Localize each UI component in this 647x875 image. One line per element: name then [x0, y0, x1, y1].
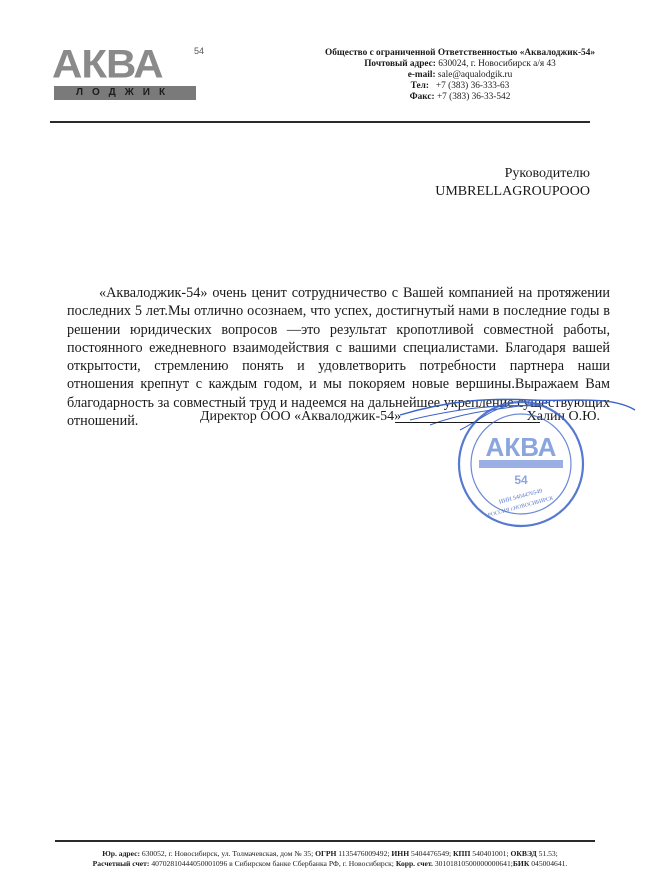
addressee: Руководителю UMBRELLAGROUPOOO	[435, 165, 590, 201]
footer-line-legal: Юр. адрес: 630052, г. Новосибирск, ул. Т…	[50, 849, 610, 859]
addressee-company: UMBRELLAGROUPOOO	[435, 183, 590, 201]
postal-address: Почтовый адрес: 630024, г. Новосибирск а…	[300, 59, 620, 70]
header-divider	[50, 121, 590, 123]
phone: Тел: +7 (383) 36-333-63	[300, 81, 620, 92]
svg-text:54: 54	[514, 473, 528, 487]
logo-wordmark: АКВА	[52, 45, 192, 83]
company-name: Общество с ограниченной Ответственностью…	[300, 48, 620, 59]
company-info: Общество с ограниченной Ответственностью…	[300, 48, 620, 103]
company-logo: АКВА 54 ЛОДЖИК	[52, 44, 202, 104]
fax: Факс: +7 (383) 36-33-542	[300, 92, 620, 103]
company-stamp-icon: АКВА 54 ИНН 5404476549 РОССИЯ г.НОВОСИБИ…	[455, 398, 587, 530]
footer-requisites: Юр. адрес: 630052, г. Новосибирск, ул. Т…	[50, 849, 610, 869]
logo-superscript: 54	[194, 46, 204, 56]
addressee-position: Руководителю	[435, 165, 590, 183]
footer-line-bank: Расчетный счет: 40702810444050001096 в С…	[50, 859, 610, 869]
svg-text:АКВА: АКВА	[486, 432, 557, 462]
signatory-title: Директор ООО «Аквалоджик-54»	[200, 408, 401, 426]
email: e-mail: sale@aqualodgik.ru	[300, 70, 620, 81]
footer-divider	[55, 840, 595, 842]
logo-subtitle-bar: ЛОДЖИК	[54, 86, 196, 100]
